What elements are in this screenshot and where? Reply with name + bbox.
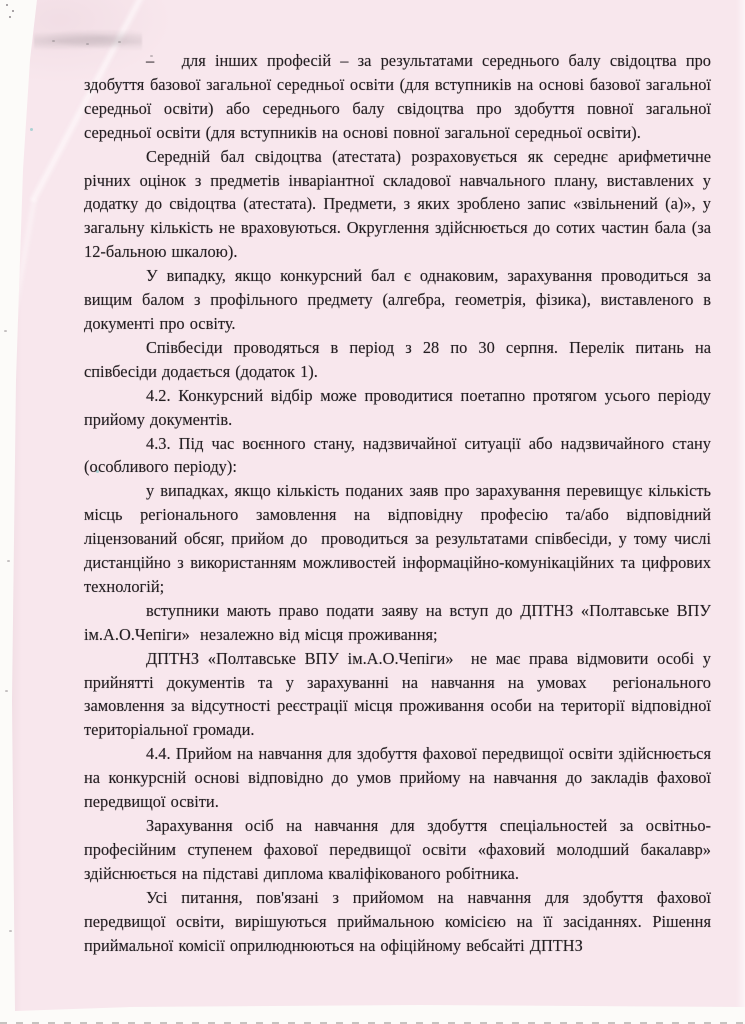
paragraph: Співбесіди проводяться в період з 28 по … bbox=[84, 336, 711, 384]
paragraph-clause-4-4: 4.4. Прийом на навчання для здобуття фах… bbox=[84, 742, 711, 814]
paragraph: ДПТНЗ «Полтавське ВПУ ім.А.О.Чепіги» не … bbox=[84, 647, 711, 743]
scan-speck bbox=[7, 560, 10, 562]
scanned-document-viewer: { "doc": { "kind": "scanned-page", "lang… bbox=[0, 0, 745, 1024]
scan-speck bbox=[12, 10, 14, 12]
paper-sheet: – для інших професій – за результатами с… bbox=[0, 0, 745, 1024]
scan-speck bbox=[9, 930, 12, 932]
document-text: – для інших професій – за результатами с… bbox=[84, 49, 711, 957]
paragraph: вступники мають право подати заяву на вс… bbox=[84, 599, 711, 647]
scan-speck bbox=[9, 16, 11, 18]
scan-crease-line bbox=[7, 197, 38, 327]
scan-speck bbox=[86, 43, 89, 45]
scan-speck bbox=[6, 4, 8, 6]
scan-speck bbox=[52, 40, 55, 42]
scanner-background: – для інших професій – за результатами с… bbox=[0, 0, 745, 1024]
paragraph: Усі питання, пов'язані з прийомом на нав… bbox=[84, 886, 711, 958]
paragraph: у випадках, якщо кількість поданих заяв … bbox=[84, 479, 711, 599]
scan-speck bbox=[5, 690, 8, 692]
scan-speck bbox=[118, 41, 121, 43]
paragraph-clause-4-3: 4.3. Під час воєнного стану, надзвичайно… bbox=[84, 432, 711, 480]
scan-speck bbox=[4, 330, 7, 332]
paragraph: Середній бал свідоцтва (атестата) розрах… bbox=[84, 145, 711, 265]
scan-speck bbox=[30, 128, 33, 131]
paragraph: У випадку, якщо конкурсний бал є однаков… bbox=[84, 264, 711, 336]
paragraph-dash-item: – для інших професій – за результатами с… bbox=[84, 49, 711, 145]
paragraph-clause-4-2: 4.2. Конкурсний відбір може проводитися … bbox=[84, 384, 711, 432]
scan-smudge bbox=[34, 30, 142, 50]
paragraph: Зарахування осіб на навчання для здобутт… bbox=[84, 814, 711, 886]
